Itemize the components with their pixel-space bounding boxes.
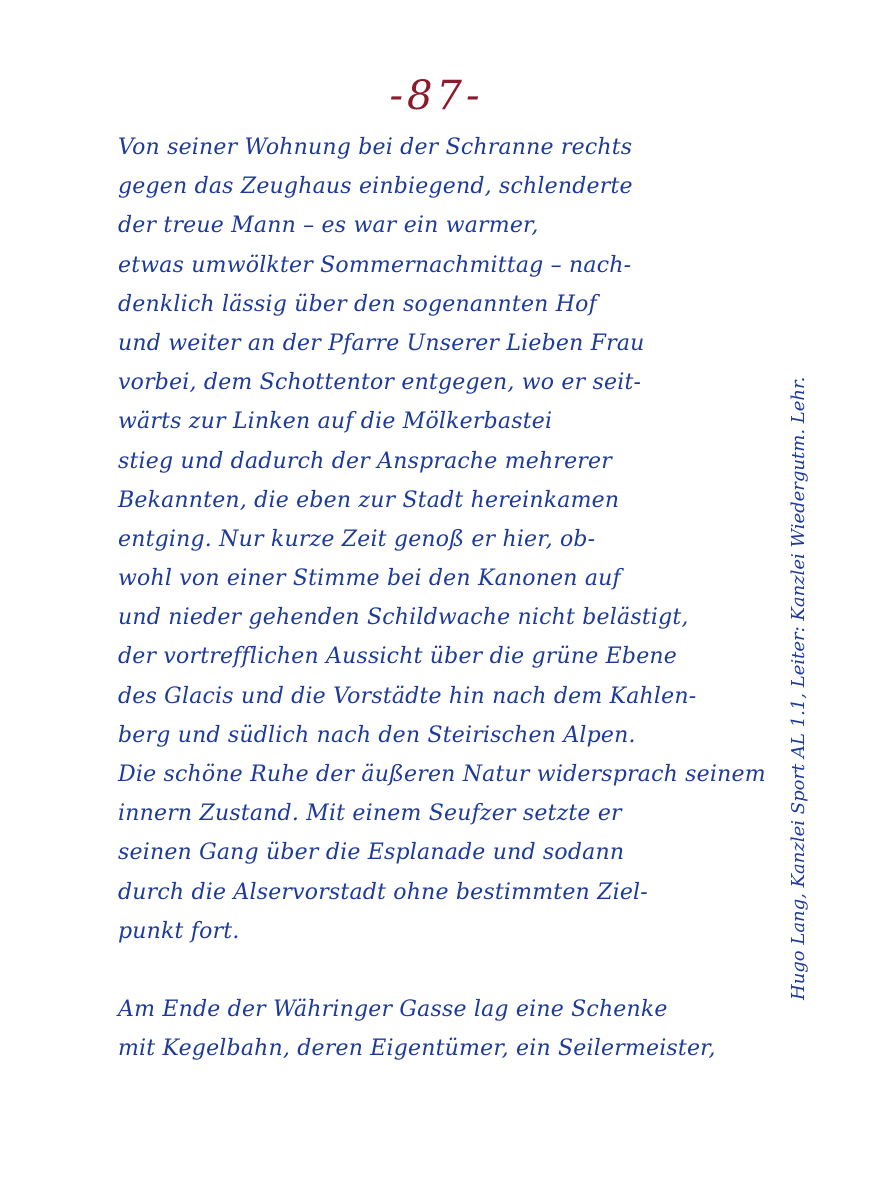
text-line: der vortrefflichen Aussicht über die grü… [118,637,738,676]
text-line: des Glacis und die Vorstädte hin nach de… [118,677,738,716]
text-line: und weiter an der Pfarre Unserer Lieben … [118,324,738,363]
text-line: durch die Alservorstadt ohne bestimmten … [118,873,738,912]
text-line: etwas umwölkter Sommernachmittag – nach- [118,246,738,285]
text-line: der treue Mann – es war ein warmer, [118,206,738,245]
text-line: berg und südlich nach den Steirischen Al… [118,716,738,755]
text-line: punkt fort. [118,912,738,951]
page-number: -87- [0,72,873,120]
text-line: Am Ende der Währinger Gasse lag eine Sch… [118,990,738,1029]
text-line: Die schöne Ruhe der äußeren Natur widers… [118,755,738,794]
text-line: innern Zustand. Mit einem Seufzer setzte… [118,794,738,833]
text-line: entging. Nur kurze Zeit genoß er hier, o… [118,520,738,559]
manuscript-page: -87- Von seiner Wohnung bei der Schranne… [0,0,873,1200]
text-line: und nieder gehenden Schildwache nicht be… [118,598,738,637]
text-line: wärts zur Linken auf die Mölkerbastei [118,402,738,441]
text-line: vorbei, dem Schottentor entgegen, wo er … [118,363,738,402]
text-line: stieg und dadurch der Ansprache mehrerer [118,442,738,481]
manuscript-body: Von seiner Wohnung bei der Schranne rech… [118,128,738,1069]
text-line: Bekannten, die eben zur Stadt hereinkame… [118,481,738,520]
paragraph-gap [118,951,738,990]
text-line: seinen Gang über die Esplanade und sodan… [118,833,738,872]
text-line: gegen das Zeughaus einbiegend, schlender… [118,167,738,206]
text-line: mit Kegelbahn, deren Eigentümer, ein Sei… [118,1029,738,1068]
text-line: denklich lässig über den sogenannten Hof [118,285,738,324]
text-line: wohl von einer Stimme bei den Kanonen au… [118,559,738,598]
text-line: Von seiner Wohnung bei der Schranne rech… [118,128,738,167]
margin-annotation: Hugo Lang, Kanzlei Sport AL 1.1, Leiter:… [787,350,811,1000]
